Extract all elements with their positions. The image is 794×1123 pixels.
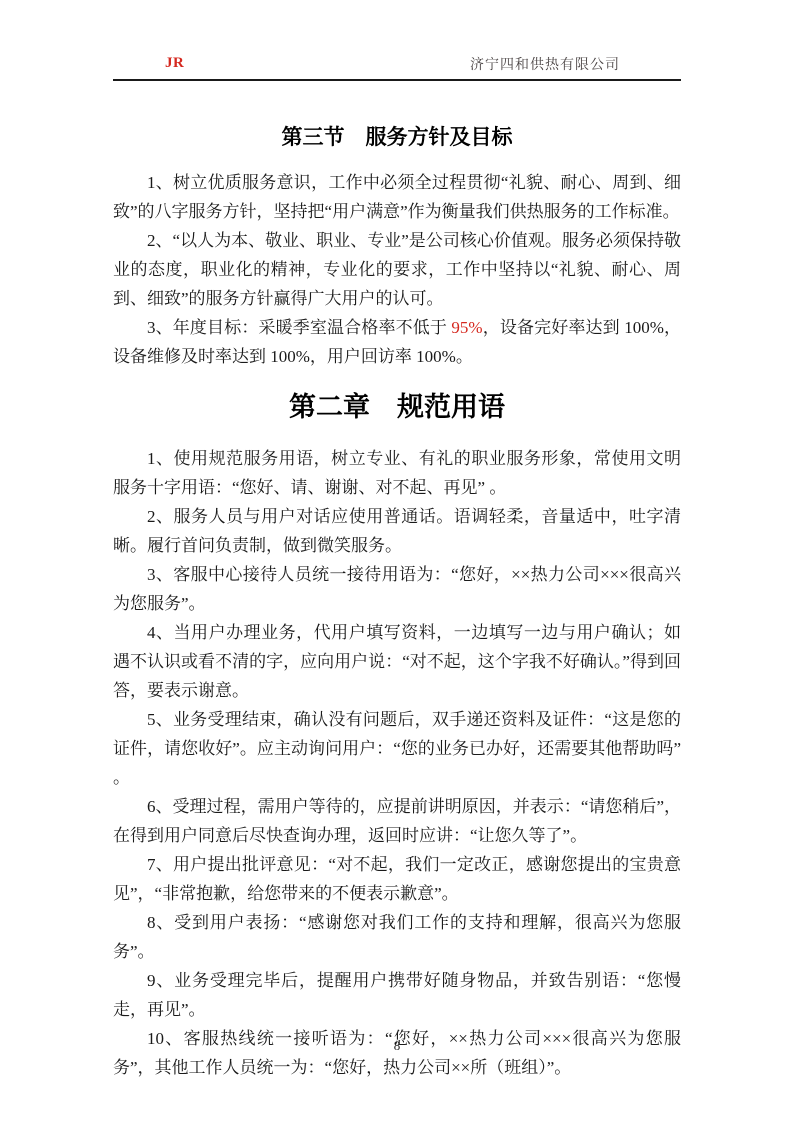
paragraph: 4、当用户办理业务，代用户填写资料，一边填写一边与用户确认；如遇不认识或看不清的… <box>113 618 681 705</box>
document-page: JR 济宁四和供热有限公司 第三节 服务方针及目标 1、树立优质服务意识，工作中… <box>0 0 794 1123</box>
header-company-name: 济宁四和供热有限公司 <box>470 54 620 74</box>
paragraph: 1、树立优质服务意识，工作中必须全过程贯彻“礼貌、耐心、周到、细致”的八字服务方… <box>113 168 681 226</box>
paragraph: 8、受到用户表扬：“感谢您对我们工作的支持和理解，很高兴为您服务”。 <box>113 908 681 966</box>
paragraph: 5、业务受理结束，确认没有问题后，双手递还资料及证件：“这是您的证件，请您收好”… <box>113 705 681 792</box>
paragraph: 9、业务受理完毕后，提醒用户携带好随身物品，并致告别语：“您慢走，再见”。 <box>113 966 681 1024</box>
paragraph: 2、“以人为本、敬业、职业、专业”是公司核心价值观。服务必须保持敬业的态度，职业… <box>113 226 681 313</box>
page-number: 8 <box>0 1038 794 1054</box>
paragraph: 2、服务人员与用户对话应使用普通话。语调轻柔，音量适中，吐字清晰。履行首问负责制… <box>113 502 681 560</box>
chapter-title: 第二章 规范用语 <box>113 387 681 427</box>
goal-text-before: 3、年度目标：采暖季室温合格率不低于 <box>147 318 451 337</box>
header-logo: JR <box>165 55 184 72</box>
section-title: 第三节 服务方针及目标 <box>113 121 681 155</box>
paragraph: 3、客服中心接待人员统一接待用语为：“您好，××热力公司×××很高兴为您服务”。 <box>113 560 681 618</box>
goal-highlight-value: 95% <box>451 318 482 337</box>
paragraph: 3、年度目标：采暖季室温合格率不低于 95%，设备完好率达到 100%，设备维修… <box>113 313 681 371</box>
paragraph: 1、使用规范服务用语，树立专业、有礼的职业服务形象，常使用文明服务十字用语：“您… <box>113 444 681 502</box>
page-header: JR 济宁四和供热有限公司 <box>113 48 681 81</box>
paragraph: 6、受理过程，需用户等待的，应提前讲明原因，并表示：“请您稍后”，在得到用户同意… <box>113 792 681 850</box>
paragraph: 7、用户提出批评意见：“对不起，我们一定改正，感谢您提出的宝贵意见”，“非常抱歉… <box>113 850 681 908</box>
document-body: 第三节 服务方针及目标 1、树立优质服务意识，工作中必须全过程贯彻“礼貌、耐心、… <box>113 121 681 1082</box>
